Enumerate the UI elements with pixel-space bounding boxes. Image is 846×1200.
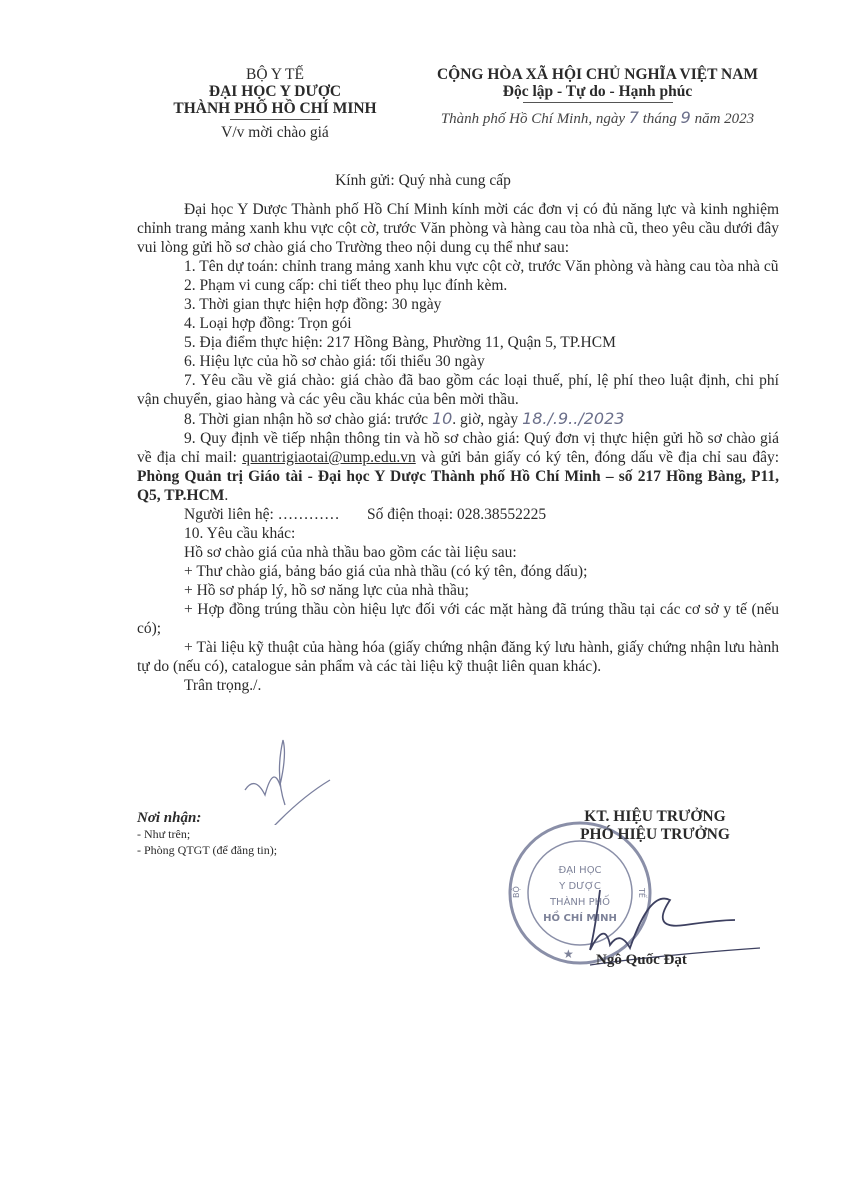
item-4: 4. Loại hợp đồng: Trọn gói <box>137 314 779 333</box>
university-name-line2: THÀNH PHỐ HỒ CHÍ MINH <box>140 100 410 117</box>
item-9: 9. Quy định về tiếp nhận thông tin và hồ… <box>137 429 779 505</box>
closing: Trân trọng./. <box>137 676 779 695</box>
item-7: 7. Yêu cầu về giá chào: giá chào đã bao … <box>137 371 779 409</box>
item-10-d: + Tài liệu kỹ thuật của hàng hóa (giấy c… <box>137 638 779 676</box>
email-link[interactable]: quantrigiaotai@ump.edu.vn <box>242 449 416 466</box>
delivery-address: Phòng Quản trị Giáo tài - Đại học Y Dược… <box>137 468 779 504</box>
item-2: 2. Phạm vi cung cấp: chi tiết theo phụ l… <box>137 276 779 295</box>
item-8: 8. Thời gian nhận hồ sơ chào giá: trước … <box>137 409 779 429</box>
signature-title-line1: KT. HIỆU TRƯỞNG <box>555 808 755 826</box>
item-3: 3. Thời gian thực hiện hợp đồng: 30 ngày <box>137 295 779 314</box>
recipients-title: Nơi nhận: <box>137 810 277 826</box>
signature-block: KT. HIỆU TRƯỞNG PHÓ HIỆU TRƯỞNG <box>555 808 755 844</box>
contact-phone: Số điện thoại: 028.38552225 <box>367 506 546 523</box>
document-date: Thành phố Hồ Chí Minh, ngày 7 tháng 9 nă… <box>405 109 790 128</box>
header-right: CỘNG HÒA XÃ HỘI CHỦ NGHĨA VIỆT NAM Độc l… <box>405 66 790 128</box>
handwritten-deadline-date: 18./.9../2023 <box>522 409 624 428</box>
national-motto: Độc lập - Tự do - Hạnh phúc <box>405 83 790 100</box>
item-6: 6. Hiệu lực của hồ sơ chào giá: tối thiể… <box>137 352 779 371</box>
contact-line: Người liên hệ: …………Số điện thoại: 028.38… <box>137 505 779 524</box>
header-left-divider <box>230 119 320 120</box>
item-10-intro: Hồ sơ chào giá của nhà thầu bao gồm các … <box>137 543 779 562</box>
university-name-line1: ĐẠI HỌC Y DƯỢC <box>140 83 410 100</box>
handwritten-month: 9 <box>681 108 691 127</box>
item-5: 5. Địa điểm thực hiện: 217 Hồng Bàng, Ph… <box>137 333 779 352</box>
document-subject: V/v mời chào giá <box>140 124 410 141</box>
signer-name: Ngô Quốc Đạt <box>596 952 687 969</box>
recipient-item: - Như trên; <box>137 826 277 842</box>
country-name: CỘNG HÒA XÃ HỘI CHỦ NGHĨA VIỆT NAM <box>405 66 790 83</box>
contact-person: Người liên hệ: ………… <box>184 505 367 524</box>
item-10-a: + Thư chào giá, bảng báo giá của nhà thầ… <box>137 562 779 581</box>
item-10: 10. Yêu cầu khác: <box>137 524 779 543</box>
item-10-c: + Hợp đồng trúng thầu còn hiệu lực đối v… <box>137 600 779 638</box>
item-1: 1. Tên dự toán: chỉnh trang mảng xanh kh… <box>137 257 779 276</box>
header-right-divider <box>523 102 673 103</box>
handwritten-hour: 10 <box>432 409 452 428</box>
item-10-b: + Hồ sơ pháp lý, hồ sơ năng lực của nhà … <box>137 581 779 600</box>
stamp-ring-left: BỘ <box>510 886 521 898</box>
salutation: Kính gửi: Quý nhà cung cấp <box>0 172 846 190</box>
header-left: BỘ Y TẾ ĐẠI HỌC Y DƯỢC THÀNH PHỐ HỒ CHÍ … <box>140 66 410 141</box>
handwritten-day: 7 <box>629 108 639 127</box>
letter-body: Đại học Y Dược Thành phố Hồ Chí Minh kín… <box>137 200 779 695</box>
intro-paragraph: Đại học Y Dược Thành phố Hồ Chí Minh kín… <box>137 200 779 257</box>
ministry-name: BỘ Y TẾ <box>140 66 410 83</box>
recipients: Nơi nhận: - Như trên; - Phòng QTGT (để đ… <box>137 810 277 858</box>
signature-title-line2: PHÓ HIỆU TRƯỞNG <box>555 826 755 844</box>
recipient-item: - Phòng QTGT (để đăng tin); <box>137 842 277 858</box>
